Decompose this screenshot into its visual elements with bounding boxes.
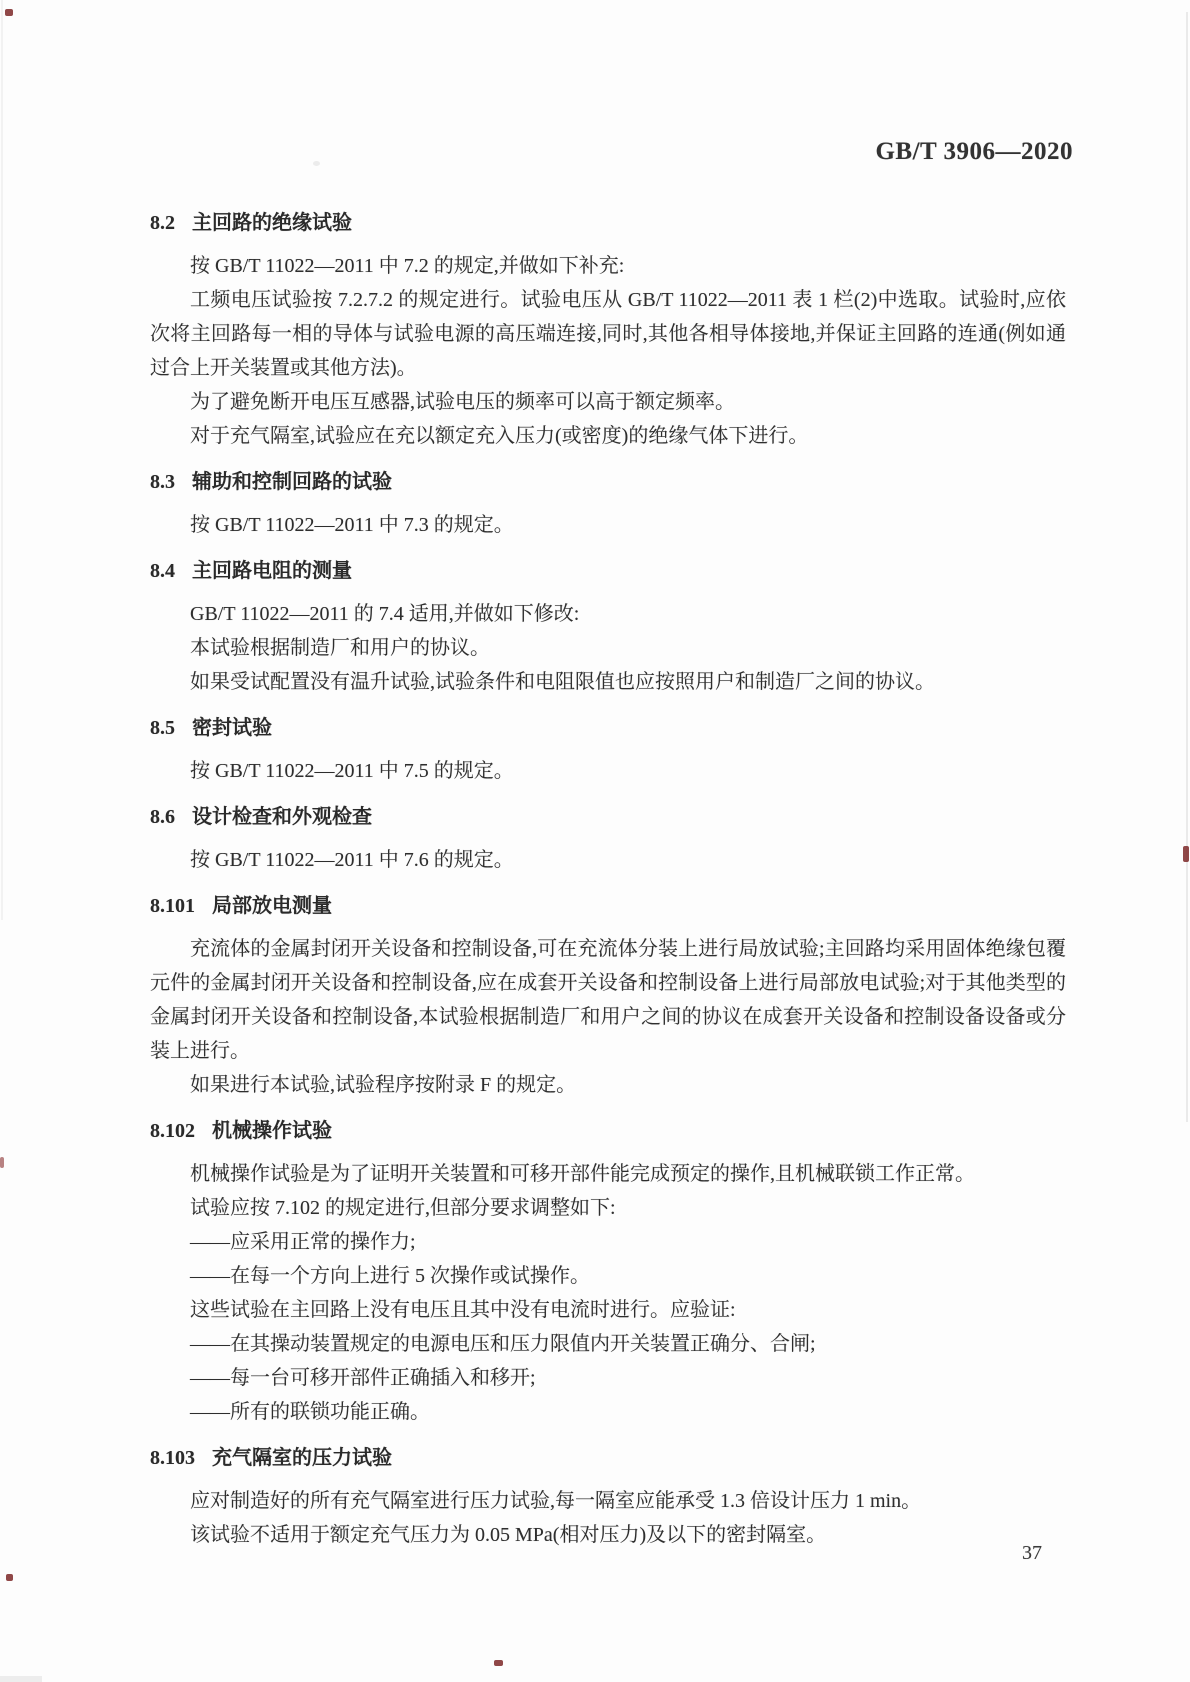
section-title: 局部放电测量 <box>212 895 332 917</box>
paragraph: 对于充气隔室,试验应在充以额定充入压力(或密度)的绝缘气体下进行。 <box>150 419 1066 453</box>
scanned-standard-page: GB/T 3906—2020 8.2主回路的绝缘试验 按 GB/T 11022—… <box>0 0 1190 1682</box>
paragraph: 工频电压试验按 7.2.7.2 的规定进行。试验电压从 GB/T 11022—2… <box>150 283 1066 385</box>
scan-speck-top-left <box>5 9 13 16</box>
page-number: 37 <box>1022 1542 1042 1565</box>
paragraph: 应对制造好的所有充气隔室进行压力试验,每一隔室应能承受 1.3 倍设计压力 1 … <box>150 1484 1066 1518</box>
section-8-6: 8.6设计检查和外观检查 按 GB/T 11022—2011 中 7.6 的规定… <box>150 800 1066 877</box>
paragraph: 按 GB/T 11022—2011 中 7.3 的规定。 <box>150 508 1066 542</box>
section-heading: 8.101局部放电测量 <box>150 889 1066 923</box>
paragraph: GB/T 11022—2011 的 7.4 适用,并做如下修改: <box>150 597 1066 631</box>
section-number: 8.5 <box>150 711 175 745</box>
section-heading: 8.2主回路的绝缘试验 <box>150 206 1066 240</box>
standard-code-header: GB/T 3906—2020 <box>875 138 1073 166</box>
dash-list-item: ——所有的联锁功能正确。 <box>150 1395 1066 1429</box>
dash-list-item: ——在其操动装置规定的电源电压和压力限值内开关装置正确分、合闸; <box>150 1327 1066 1361</box>
paragraph: 本试验根据制造厂和用户的协议。 <box>150 631 1066 665</box>
section-8-3: 8.3辅助和控制回路的试验 按 GB/T 11022—2011 中 7.3 的规… <box>150 465 1066 542</box>
document-body: 8.2主回路的绝缘试验 按 GB/T 11022—2011 中 7.2 的规定,… <box>150 194 1066 1552</box>
section-8-101: 8.101局部放电测量 充流体的金属封闭开关设备和控制设备,可在充流体分装上进行… <box>150 889 1066 1102</box>
section-number: 8.2 <box>150 206 175 240</box>
section-number: 8.4 <box>150 554 175 588</box>
section-number: 8.103 <box>150 1441 195 1475</box>
paragraph: 该试验不适用于额定充气压力为 0.05 MPa(相对压力)及以下的密封隔室。 <box>150 1518 1066 1552</box>
section-8-4: 8.4主回路电阻的测量 GB/T 11022—2011 的 7.4 适用,并做如… <box>150 554 1066 699</box>
section-title: 机械操作试验 <box>212 1120 332 1142</box>
scan-edge-strip-bottom <box>0 1676 42 1682</box>
paragraph: 按 GB/T 11022—2011 中 7.5 的规定。 <box>150 754 1066 788</box>
section-number: 8.6 <box>150 800 175 834</box>
section-number: 8.102 <box>150 1114 195 1148</box>
scan-edge-line-left <box>1 0 3 920</box>
paragraph: 充流体的金属封闭开关设备和控制设备,可在充流体分装上进行局放试验;主回路均采用固… <box>150 932 1066 1068</box>
dash-list-item: ——每一台可移开部件正确插入和移开; <box>150 1361 1066 1395</box>
section-title: 辅助和控制回路的试验 <box>192 471 392 493</box>
scan-speck-bottom-left <box>6 1574 13 1581</box>
paragraph: 按 GB/T 11022—2011 中 7.6 的规定。 <box>150 843 1066 877</box>
section-title: 主回路电阻的测量 <box>192 560 352 582</box>
scan-speck-bottom-center <box>494 1660 503 1666</box>
section-8-103: 8.103充气隔室的压力试验 应对制造好的所有充气隔室进行压力试验,每一隔室应能… <box>150 1441 1066 1552</box>
paragraph: 这些试验在主回路上没有电压且其中没有电流时进行。应验证: <box>150 1293 1066 1327</box>
paragraph: 按 GB/T 11022—2011 中 7.2 的规定,并做如下补充: <box>150 249 1066 283</box>
dash-list-item: ——应采用正常的操作力; <box>150 1225 1066 1259</box>
paragraph: 试验应按 7.102 的规定进行,但部分要求调整如下: <box>150 1191 1066 1225</box>
section-8-102: 8.102机械操作试验 机械操作试验是为了证明开关装置和可移开部件能完成预定的操… <box>150 1114 1066 1429</box>
paragraph: 如果受试配置没有温升试验,试验条件和电阻限值也应按照用户和制造厂之间的协议。 <box>150 665 1066 699</box>
scan-speck-right-edge <box>1183 846 1189 862</box>
scan-speck-left-edge <box>0 1157 4 1168</box>
section-number: 8.101 <box>150 889 195 923</box>
section-title: 设计检查和外观检查 <box>192 806 372 828</box>
scan-smudge <box>313 161 320 166</box>
section-heading: 8.6设计检查和外观检查 <box>150 800 1066 834</box>
section-title: 充气隔室的压力试验 <box>212 1447 392 1469</box>
dash-list-item: ——在每一个方向上进行 5 次操作或试操作。 <box>150 1259 1066 1293</box>
section-heading: 8.4主回路电阻的测量 <box>150 554 1066 588</box>
paragraph: 机械操作试验是为了证明开关装置和可移开部件能完成预定的操作,且机械联锁工作正常。 <box>150 1157 1066 1191</box>
paragraph: 为了避免断开电压互感器,试验电压的频率可以高于额定频率。 <box>150 385 1066 419</box>
scan-edge-line-right <box>1186 12 1188 1122</box>
section-title: 密封试验 <box>192 717 272 739</box>
section-heading: 8.3辅助和控制回路的试验 <box>150 465 1066 499</box>
section-8-5: 8.5密封试验 按 GB/T 11022—2011 中 7.5 的规定。 <box>150 711 1066 788</box>
paragraph: 如果进行本试验,试验程序按附录 F 的规定。 <box>150 1068 1066 1102</box>
section-heading: 8.102机械操作试验 <box>150 1114 1066 1148</box>
section-number: 8.3 <box>150 465 175 499</box>
section-8-2: 8.2主回路的绝缘试验 按 GB/T 11022—2011 中 7.2 的规定,… <box>150 206 1066 453</box>
section-title: 主回路的绝缘试验 <box>192 212 352 234</box>
section-heading: 8.103充气隔室的压力试验 <box>150 1441 1066 1475</box>
section-heading: 8.5密封试验 <box>150 711 1066 745</box>
